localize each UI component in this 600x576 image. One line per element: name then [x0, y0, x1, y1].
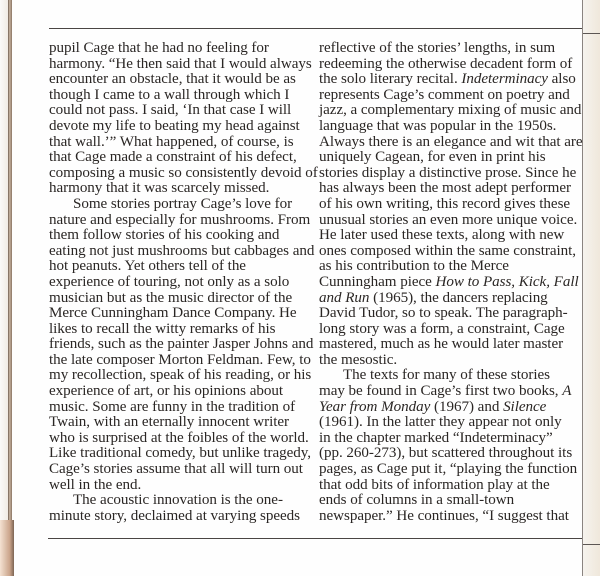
text-line: pupil Cage that he had no feeling for — [49, 41, 311, 57]
text-line: eating not just mushrooms but cabbages a… — [49, 244, 311, 260]
text-line: experience of art, or his opinions about — [49, 384, 311, 400]
paragraph-stories: Some stories portray Cage’s love for nat… — [49, 197, 311, 493]
text-line: the mesostic. — [319, 353, 581, 369]
text-line: likes to recall the witty remarks of his — [49, 322, 311, 338]
text-line: the late composer Morton Feldman. Few, t… — [49, 353, 311, 369]
text-line: my recollection, speak of his reading, o… — [49, 368, 311, 384]
text-line: may be found in Cage’s first two books, … — [319, 384, 581, 400]
title-silence: Silence — [503, 399, 546, 415]
text-line: uniquely Cagean, for even in print his — [319, 150, 581, 166]
text-line: Always there is an elegance and wit that… — [319, 135, 581, 151]
text-line: Cage’s stories assume that all will turn… — [49, 462, 311, 478]
text-line: that wall.’” What happened, of course, i… — [49, 135, 311, 151]
text-line: David Tudor, so to speak. The paragraph- — [319, 306, 581, 322]
text-line: stories display a distinctive prose. Sin… — [319, 166, 581, 182]
text-line: The acoustic innovation is the one- — [49, 493, 311, 509]
text-line: represents Cage’s comment on poetry and — [319, 88, 581, 104]
title-indeterminacy: Indeterminacy — [461, 71, 548, 87]
text-line: though I came to a wall through which I — [49, 88, 311, 104]
page-right-edge — [582, 0, 600, 576]
text-line: harmony. “He then said that I would alwa… — [49, 57, 311, 73]
text-line: long story was a form, a constraint, Cag… — [319, 322, 581, 338]
text-line: Merce Cunningham Dance Company. He — [49, 306, 311, 322]
text-line: jazz, a complementary mixing of music an… — [319, 103, 581, 119]
text-line: them follow stories of his cooking and — [49, 228, 311, 244]
text-line: that Cage made a constraint of his defec… — [49, 150, 311, 166]
text-line: music. Some are funny in the tradition o… — [49, 400, 311, 416]
text-line: devote my life to beating my head agains… — [49, 119, 311, 135]
text-line: He later used these texts, along with ne… — [319, 228, 581, 244]
text-line: ends of columns in a small-town — [319, 493, 581, 509]
text-line: musician but as the music director of th… — [49, 291, 311, 307]
text-line: newspaper.” He continues, “I suggest tha… — [319, 509, 581, 525]
bottom-rule — [48, 538, 582, 539]
text-line: ones composed within the same constraint… — [319, 244, 581, 260]
text-line: as his contribution to the Merce — [319, 259, 581, 275]
paragraph-continued: pupil Cage that he had no feeling for ha… — [49, 41, 311, 197]
paragraph-acoustic: The acoustic innovation is the one- minu… — [49, 493, 311, 524]
text-line: who is surprised at the foibles of the w… — [49, 431, 311, 447]
paragraph-texts: The texts for many of these stories may … — [319, 368, 581, 524]
text-line: redeeming the otherwise decadent form of — [319, 57, 581, 73]
binding-shadow — [0, 0, 8, 576]
text-line: Twain, with an eternally innocent writer — [49, 415, 311, 431]
text-column-right: reflective of the stories’ lengths, in s… — [319, 41, 581, 524]
text-line: harmony that it was scarcely missed. — [49, 181, 311, 197]
binding-edge-bottom — [0, 520, 14, 576]
top-rule — [49, 28, 582, 29]
text-line: Year from Monday (1967) and Silence — [319, 400, 581, 416]
text-line: has always been the most adept performer — [319, 181, 581, 197]
text-line: could not pass. I said, ‘In that case I … — [49, 103, 311, 119]
text-line: that odd bits of information play at the — [319, 478, 581, 494]
text-line: well in the end. — [49, 478, 311, 494]
text-line: in the chapter marked “Indeterminacy” — [319, 431, 581, 447]
paragraph-continued: reflective of the stories’ lengths, in s… — [319, 41, 581, 368]
text-line: hot peanuts. Yet others tell of the — [49, 259, 311, 275]
text-line: Some stories portray Cage’s love for — [49, 197, 311, 213]
text-line: the solo literary recital. Indeterminacy… — [319, 72, 581, 88]
text-line: Like traditional comedy, but unlike trag… — [49, 446, 311, 462]
page-binding — [8, 0, 12, 576]
text-line: (1961). In the latter they appear not on… — [319, 415, 581, 431]
text-line: The texts for many of these stories — [319, 368, 581, 384]
text-line: unusual stories an even more unique voic… — [319, 213, 581, 229]
text-line: encounter an obstacle, that it would be … — [49, 72, 311, 88]
text-line: reflective of the stories’ lengths, in s… — [319, 41, 581, 57]
text-line: mastered, much as he would later master — [319, 337, 581, 353]
title-year-from-monday: Year from Monday — [319, 399, 430, 415]
text-line: experience of touring, not only as a sol… — [49, 275, 311, 291]
text-column-left: pupil Cage that he had no feeling for ha… — [49, 41, 311, 524]
text-line: language that was popular in the 1950s. — [319, 119, 581, 135]
text-line: nature and especially for mushrooms. Fro… — [49, 213, 311, 229]
text-line: minute story, declaimed at varying speed… — [49, 509, 311, 525]
text-line: (pp. 260-273), but scattered throughout … — [319, 446, 581, 462]
text-line: composing a music so consistently devoid… — [49, 166, 311, 182]
text-line: Cunningham piece How to Pass, Kick, Fall — [319, 275, 581, 291]
title-how-to-pass: How to Pass, Kick, Fall — [436, 274, 579, 290]
text-line: of his own writing, this record gives th… — [319, 197, 581, 213]
text-line: pages, as Cage put it, “playing the func… — [319, 462, 581, 478]
text-line: friends, such as the painter Jasper John… — [49, 337, 311, 353]
text-line: and Run (1965), the dancers replacing — [319, 291, 581, 307]
